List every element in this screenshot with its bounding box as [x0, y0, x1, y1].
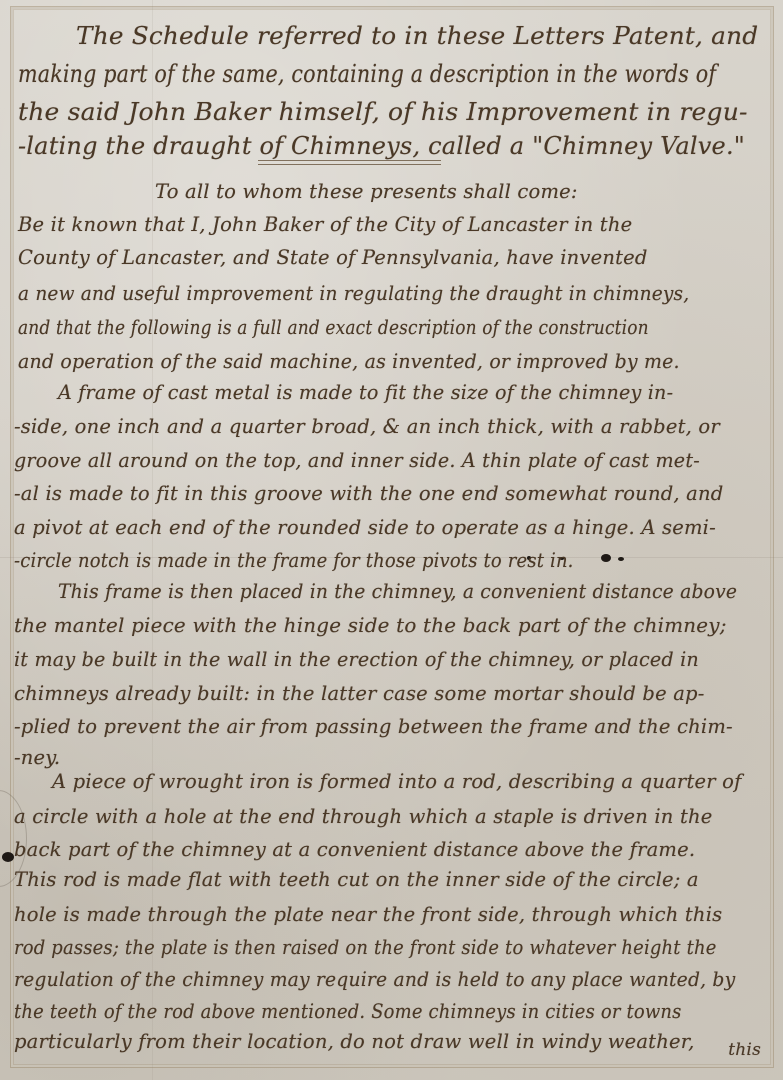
heading-line: making part of the same, containing a de… [18, 60, 716, 88]
paragraph-line: A piece of wrought iron is formed into a… [52, 770, 742, 793]
paragraph-line: a pivot at each end of the rounded side … [14, 516, 716, 539]
paragraph-line: -ney. [14, 746, 60, 769]
paragraph-line: and operation of the said machine, as in… [18, 350, 680, 373]
catchword: this [728, 1040, 761, 1060]
paragraph-line: -al is made to fit in this groove with t… [14, 482, 723, 505]
paragraph-line: a circle with a hole at the end through … [14, 805, 713, 828]
heading-line: -lating the draught of Chimneys, called … [18, 132, 745, 160]
paragraph-line: This frame is then placed in the chimney… [58, 580, 737, 603]
paragraph-line: -circle notch is made in the frame for t… [14, 549, 574, 572]
paragraph-line: groove all around on the top, and inner … [14, 449, 700, 472]
paragraph-line: chimneys already built: in the latter ca… [14, 682, 705, 705]
paragraph-line: back part of the chimney at a convenient… [14, 838, 695, 861]
paragraph-line: it may be built in the wall in the erect… [14, 648, 699, 671]
manuscript-text: The Schedule referred to in these Letter… [0, 0, 783, 1080]
paragraph-line: -side, one inch and a quarter broad, & a… [14, 415, 720, 438]
paragraph-line: regulation of the chimney may require an… [14, 968, 735, 991]
paragraph-line: This rod is made flat with teeth cut on … [14, 868, 699, 891]
paragraph-line: County of Lancaster, and State of Pennsy… [18, 246, 648, 269]
heading-line: the said John Baker himself, of his Impr… [18, 98, 748, 126]
paragraph-line: the teeth of the rod above mentioned. So… [14, 1000, 682, 1023]
paragraph-line: particularly from their location, do not… [14, 1030, 695, 1053]
paragraph-line: the mantel piece with the hinge side to … [14, 614, 727, 637]
heading-line: The Schedule referred to in these Letter… [76, 22, 758, 50]
heading-divider-rule [258, 160, 441, 165]
salutation: To all to whom these presents shall come… [155, 180, 578, 203]
paragraph-line: A frame of cast metal is made to fit the… [58, 381, 673, 404]
paragraph-line: hole is made through the plate near the … [14, 903, 722, 926]
paragraph-line: and that the following is a full and exa… [18, 316, 649, 339]
paragraph-line: rod passes; the plate is then raised on … [14, 936, 717, 959]
paragraph-line: -plied to prevent the air from passing b… [14, 715, 733, 738]
paragraph-line: Be it known that I, John Baker of the Ci… [18, 213, 632, 236]
paragraph-line: a new and useful improvement in regulati… [18, 282, 689, 305]
